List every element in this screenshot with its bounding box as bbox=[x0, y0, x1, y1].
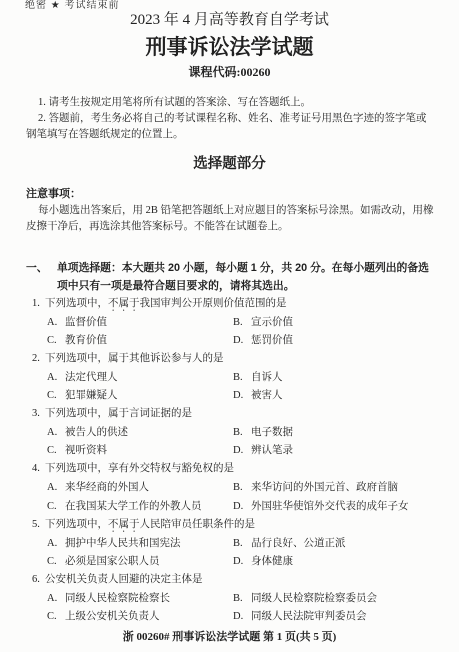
option-label: A. bbox=[47, 314, 65, 332]
option-text: 必须是国家公职人员 bbox=[65, 553, 160, 571]
question-stem: 6. 公安机关负责人回避的决定主体是 bbox=[32, 571, 439, 590]
option-text: 身体健康 bbox=[251, 553, 293, 571]
question: 1. 下列选项中，不属于我国审判公开原则价值范围的是 A.监督价值B.宣示价值C… bbox=[32, 295, 439, 350]
section-title: 选择题部分 bbox=[0, 155, 459, 173]
question-number: 1. bbox=[32, 295, 45, 314]
answer-option: A.拥护中华人民共和国宪法 bbox=[47, 535, 233, 553]
page-footer: 浙 00260# 刑事诉讼法学试题 第 1 页(共 5 页) bbox=[0, 630, 459, 644]
question: 4. 下列选项中，享有外交特权与豁免权的是 A.来华经商的外国人B.来华访问的外… bbox=[32, 460, 439, 515]
answer-option: C.在我国某大学工作的外教人员 bbox=[47, 498, 233, 516]
option-label: A. bbox=[47, 479, 65, 497]
question-options: A.来华经商的外国人B.来华访问的外国元首、政府首脑C.在我国某大学工作的外教人… bbox=[32, 479, 439, 515]
option-text: 电子数据 bbox=[251, 424, 293, 442]
part-one-heading: 一、 单项选择题：本大题共 20 小题，每小题 1 分，共 20 分。在每小题列… bbox=[26, 259, 435, 295]
option-text: 外国驻华使馆外交代表的成年子女 bbox=[251, 498, 409, 516]
answer-option: C.视听资料 bbox=[47, 442, 233, 460]
answer-option: B.来华访问的外国元首、政府首脑 bbox=[233, 479, 439, 497]
exam-session-title: 2023 年 4 月高等教育自学考试 bbox=[0, 11, 459, 30]
option-label: A. bbox=[47, 590, 65, 608]
option-label: C. bbox=[47, 387, 65, 405]
question-number: 5. bbox=[32, 516, 45, 535]
option-text: 法定代理人 bbox=[65, 369, 118, 387]
answer-option: D.同级人民法院审判委员会 bbox=[233, 608, 439, 626]
option-label: C. bbox=[47, 498, 65, 516]
question: 3. 下列选项中，属于言词证据的是 A.被告人的供述B.电子数据C.视听资料D.… bbox=[32, 405, 439, 460]
option-text: 宣示价值 bbox=[251, 314, 293, 332]
question-options: A.法定代理人B.自诉人C.犯罪嫌疑人D.被害人 bbox=[32, 369, 439, 405]
question-stem: 5. 下列选项中，不属于人民陪审员任职条件的是 bbox=[32, 516, 439, 535]
notice-section: 注意事项： 每小题选出答案后，用 2B 铅笔把答题纸上对应题目的答案标号涂黑。如… bbox=[26, 186, 435, 236]
option-text: 在我国某大学工作的外教人员 bbox=[65, 498, 202, 516]
option-label: D. bbox=[233, 332, 251, 350]
option-text: 来华访问的外国元首、政府首脑 bbox=[251, 479, 398, 497]
question-number: 4. bbox=[32, 460, 45, 479]
option-text: 上级公安机关负责人 bbox=[65, 608, 160, 626]
instruction-item-1: 1. 请考生按规定用笔将所有试题的答案涂、写在答题纸上。 bbox=[26, 95, 435, 111]
question-number: 2. bbox=[32, 350, 45, 369]
exam-instructions: 1. 请考生按规定用笔将所有试题的答案涂、写在答题纸上。 2. 答题前，考生务必… bbox=[26, 95, 435, 143]
notice-text: 每小题选出答案后，用 2B 铅笔把答题纸上对应题目的答案标号涂黑。如需改动，用橡… bbox=[26, 203, 435, 236]
security-classification: 绝密 ★ 考试结束前 bbox=[25, 0, 120, 11]
answer-option: A.来华经商的外国人 bbox=[47, 479, 233, 497]
question-options: A.被告人的供述B.电子数据C.视听资料D.辨认笔录 bbox=[32, 424, 439, 460]
option-label: B. bbox=[233, 314, 251, 332]
part-one-numeral: 一、 bbox=[26, 259, 57, 295]
question: 6. 公安机关负责人回避的决定主体是 A.同级人民检察院检察长B.同级人民检察院… bbox=[32, 571, 439, 626]
answer-option: A.监督价值 bbox=[47, 314, 233, 332]
question-stem-text: 下列选项中，属于其他诉讼参与人的是 bbox=[45, 350, 439, 369]
question-number: 6. bbox=[32, 571, 45, 590]
option-text: 被害人 bbox=[251, 387, 283, 405]
answer-option: C.必须是国家公职人员 bbox=[47, 553, 233, 571]
option-label: B. bbox=[233, 479, 251, 497]
option-label: D. bbox=[233, 387, 251, 405]
answer-option: B.自诉人 bbox=[233, 369, 439, 387]
option-label: D. bbox=[233, 608, 251, 626]
question-stem-text: 公安机关负责人回避的决定主体是 bbox=[45, 571, 439, 590]
option-label: A. bbox=[47, 369, 65, 387]
answer-option: C.教育价值 bbox=[47, 332, 233, 350]
option-text: 自诉人 bbox=[251, 369, 283, 387]
answer-option: D.惩罚价值 bbox=[233, 332, 439, 350]
option-label: B. bbox=[233, 535, 251, 553]
answer-option: B.品行良好、公道正派 bbox=[233, 535, 439, 553]
option-text: 犯罪嫌疑人 bbox=[65, 387, 118, 405]
option-label: D. bbox=[233, 442, 251, 460]
option-text: 视听资料 bbox=[65, 442, 107, 460]
option-text: 拥护中华人民共和国宪法 bbox=[65, 535, 181, 553]
course-code: 课程代码:00260 bbox=[0, 65, 459, 80]
answer-option: D.身体健康 bbox=[233, 553, 439, 571]
option-text: 品行良好、公道正派 bbox=[251, 535, 346, 553]
answer-option: C.上级公安机关负责人 bbox=[47, 608, 233, 626]
exam-paper-page: 绝密 ★ 考试结束前 2023 年 4 月高等教育自学考试 刑事诉讼法学试题 课… bbox=[0, 0, 459, 652]
option-text: 惩罚价值 bbox=[251, 332, 293, 350]
option-text: 同级人民法院审判委员会 bbox=[251, 608, 367, 626]
question-stem: 3. 下列选项中，属于言词证据的是 bbox=[32, 405, 439, 424]
question-stem-text: 下列选项中，享有外交特权与豁免权的是 bbox=[45, 460, 439, 479]
option-label: A. bbox=[47, 424, 65, 442]
option-label: C. bbox=[47, 332, 65, 350]
question-stem-text: 下列选项中，不属于我国审判公开原则价值范围的是 bbox=[45, 295, 439, 314]
question-stem-text: 下列选项中，属于言词证据的是 bbox=[45, 405, 439, 424]
option-label: C. bbox=[47, 553, 65, 571]
option-text: 教育价值 bbox=[65, 332, 107, 350]
question-stem: 1. 下列选项中，不属于我国审判公开原则价值范围的是 bbox=[32, 295, 439, 314]
option-text: 同级人民检察院检察长 bbox=[65, 590, 170, 608]
option-text: 同级人民检察院检察委员会 bbox=[251, 590, 377, 608]
option-text: 来华经商的外国人 bbox=[65, 479, 149, 497]
answer-option: B.电子数据 bbox=[233, 424, 439, 442]
answer-option: A.法定代理人 bbox=[47, 369, 233, 387]
option-label: C. bbox=[47, 442, 65, 460]
option-text: 辨认笔录 bbox=[251, 442, 293, 460]
question-options: A.监督价值B.宣示价值C.教育价值D.惩罚价值 bbox=[32, 314, 439, 350]
option-text: 监督价值 bbox=[65, 314, 107, 332]
question-number: 3. bbox=[32, 405, 45, 424]
question-options: A.拥护中华人民共和国宪法B.品行良好、公道正派C.必须是国家公职人员D.身体健… bbox=[32, 535, 439, 571]
option-label: D. bbox=[233, 498, 251, 516]
question: 2. 下列选项中，属于其他诉讼参与人的是 A.法定代理人B.自诉人C.犯罪嫌疑人… bbox=[32, 350, 439, 405]
question: 5. 下列选项中，不属于人民陪审员任职条件的是 A.拥护中华人民共和国宪法B.品… bbox=[32, 516, 439, 571]
answer-option: A.同级人民检察院检察长 bbox=[47, 590, 233, 608]
answer-option: D.被害人 bbox=[233, 387, 439, 405]
exam-header: 2023 年 4 月高等教育自学考试 刑事诉讼法学试题 课程代码:00260 bbox=[0, 0, 459, 80]
answer-option: D.外国驻华使馆外交代表的成年子女 bbox=[233, 498, 439, 516]
option-label: B. bbox=[233, 369, 251, 387]
part-one-heading-text: 单项选择题：本大题共 20 小题，每小题 1 分，共 20 分。在每小题列出的备… bbox=[57, 259, 435, 295]
answer-option: B.宣示价值 bbox=[233, 314, 439, 332]
notice-label: 注意事项： bbox=[26, 186, 435, 203]
answer-option: A.被告人的供述 bbox=[47, 424, 233, 442]
question-list: 1. 下列选项中，不属于我国审判公开原则价值范围的是 A.监督价值B.宣示价值C… bbox=[32, 295, 439, 626]
option-label: C. bbox=[47, 608, 65, 626]
question-stem: 2. 下列选项中，属于其他诉讼参与人的是 bbox=[32, 350, 439, 369]
option-text: 被告人的供述 bbox=[65, 424, 128, 442]
exam-title: 刑事诉讼法学试题 bbox=[0, 34, 459, 61]
option-label: B. bbox=[233, 590, 251, 608]
answer-option: B.同级人民检察院检察委员会 bbox=[233, 590, 439, 608]
instruction-item-2: 2. 答题前，考生务必将自己的考试课程名称、姓名、准考证号用黑色字迹的签字笔或钢… bbox=[26, 111, 435, 143]
question-stem-text: 下列选项中，不属于人民陪审员任职条件的是 bbox=[45, 516, 439, 535]
question-stem: 4. 下列选项中，享有外交特权与豁免权的是 bbox=[32, 460, 439, 479]
option-label: B. bbox=[233, 424, 251, 442]
option-label: D. bbox=[233, 553, 251, 571]
question-options: A.同级人民检察院检察长B.同级人民检察院检察委员会C.上级公安机关负责人D.同… bbox=[32, 590, 439, 626]
answer-option: D.辨认笔录 bbox=[233, 442, 439, 460]
answer-option: C.犯罪嫌疑人 bbox=[47, 387, 233, 405]
option-label: A. bbox=[47, 535, 65, 553]
